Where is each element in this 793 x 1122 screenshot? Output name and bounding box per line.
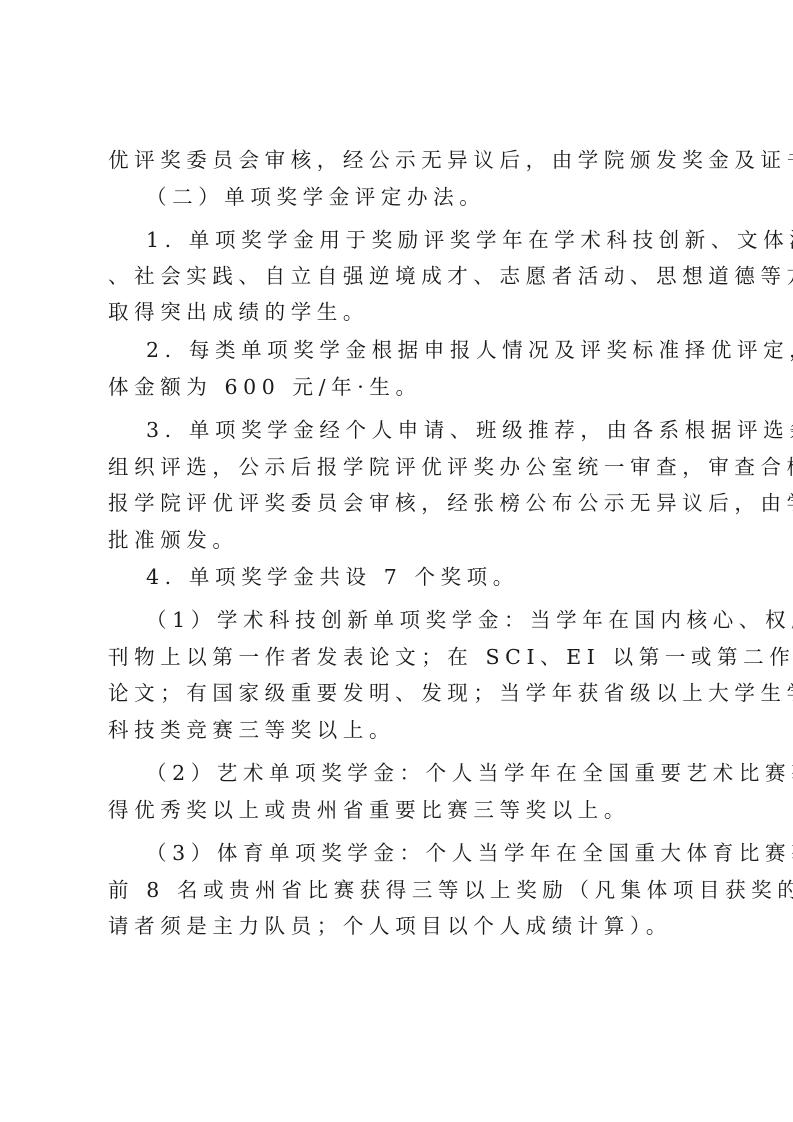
item-1-line-2: 、社会实践、自立自强逆境成才、志愿者活动、思想道德等方面 — [108, 264, 698, 288]
award-1-line-2: 刊物上以第一作者发表论文；在 SCI、EI 以第一或第二作者发表 — [108, 645, 698, 669]
award-3-line-3: 请者须是主力队员；个人项目以个人成绩计算）。 — [108, 914, 698, 938]
item-1-line-3: 取得突出成绩的学生。 — [108, 300, 698, 324]
award-1-line-1: （1）学术科技创新单项奖学金：当学年在国内核心、权威 — [146, 608, 698, 632]
document-page: 优评奖委员会审核，经公示无异议后，由学院颁发奖金及证书。 （二）单项奖学金评定办… — [0, 0, 793, 1122]
award-3-line-2: 前 8 名或贵州省比赛获得三等以上奖励（凡集体项目获奖的，申 — [108, 878, 698, 902]
item-2-line-1: 2. 每类单项奖学金根据申报人情况及评奖标准择优评定，具 — [146, 338, 698, 362]
item-1-line-1: 1. 单项奖学金用于奖励评奖学年在学术科技创新、文体活动 — [146, 228, 698, 252]
award-2-line-2: 得优秀奖以上或贵州省重要比赛三等奖以上。 — [108, 798, 698, 822]
award-1-line-3: 论文；有国家级重要发明、发现；当学年获省级以上大学生学术 — [108, 681, 698, 705]
item-3-line-2: 组织评选，公示后报学院评优评奖办公室统一审查，审查合格后， — [108, 455, 698, 479]
section-heading: （二）单项奖学金评定办法。 — [146, 185, 698, 209]
award-1-line-4: 科技类竞赛三等奖以上。 — [108, 718, 698, 742]
award-3-line-1: （3）体育单项奖学金：个人当学年在全国重大体育比赛获 — [146, 841, 698, 865]
item-3-line-4: 批准颁发。 — [108, 528, 698, 552]
item-3-line-3: 报学院评优评奖委员会审核，经张榜公布公示无异议后，由学院 — [108, 491, 698, 515]
award-2-line-1: （2）艺术单项奖学金：个人当学年在全国重要艺术比赛获 — [146, 761, 698, 785]
item-2-line-2: 体金额为 600 元/年·生。 — [108, 375, 698, 399]
paragraph-continuation: 优评奖委员会审核，经公示无异议后，由学院颁发奖金及证书。 — [108, 148, 698, 172]
item-4-line-1: 4. 单项奖学金共设 7 个奖项。 — [146, 565, 698, 589]
item-3-line-1: 3. 单项奖学金经个人申请、班级推荐，由各系根据评选条件 — [146, 418, 698, 442]
